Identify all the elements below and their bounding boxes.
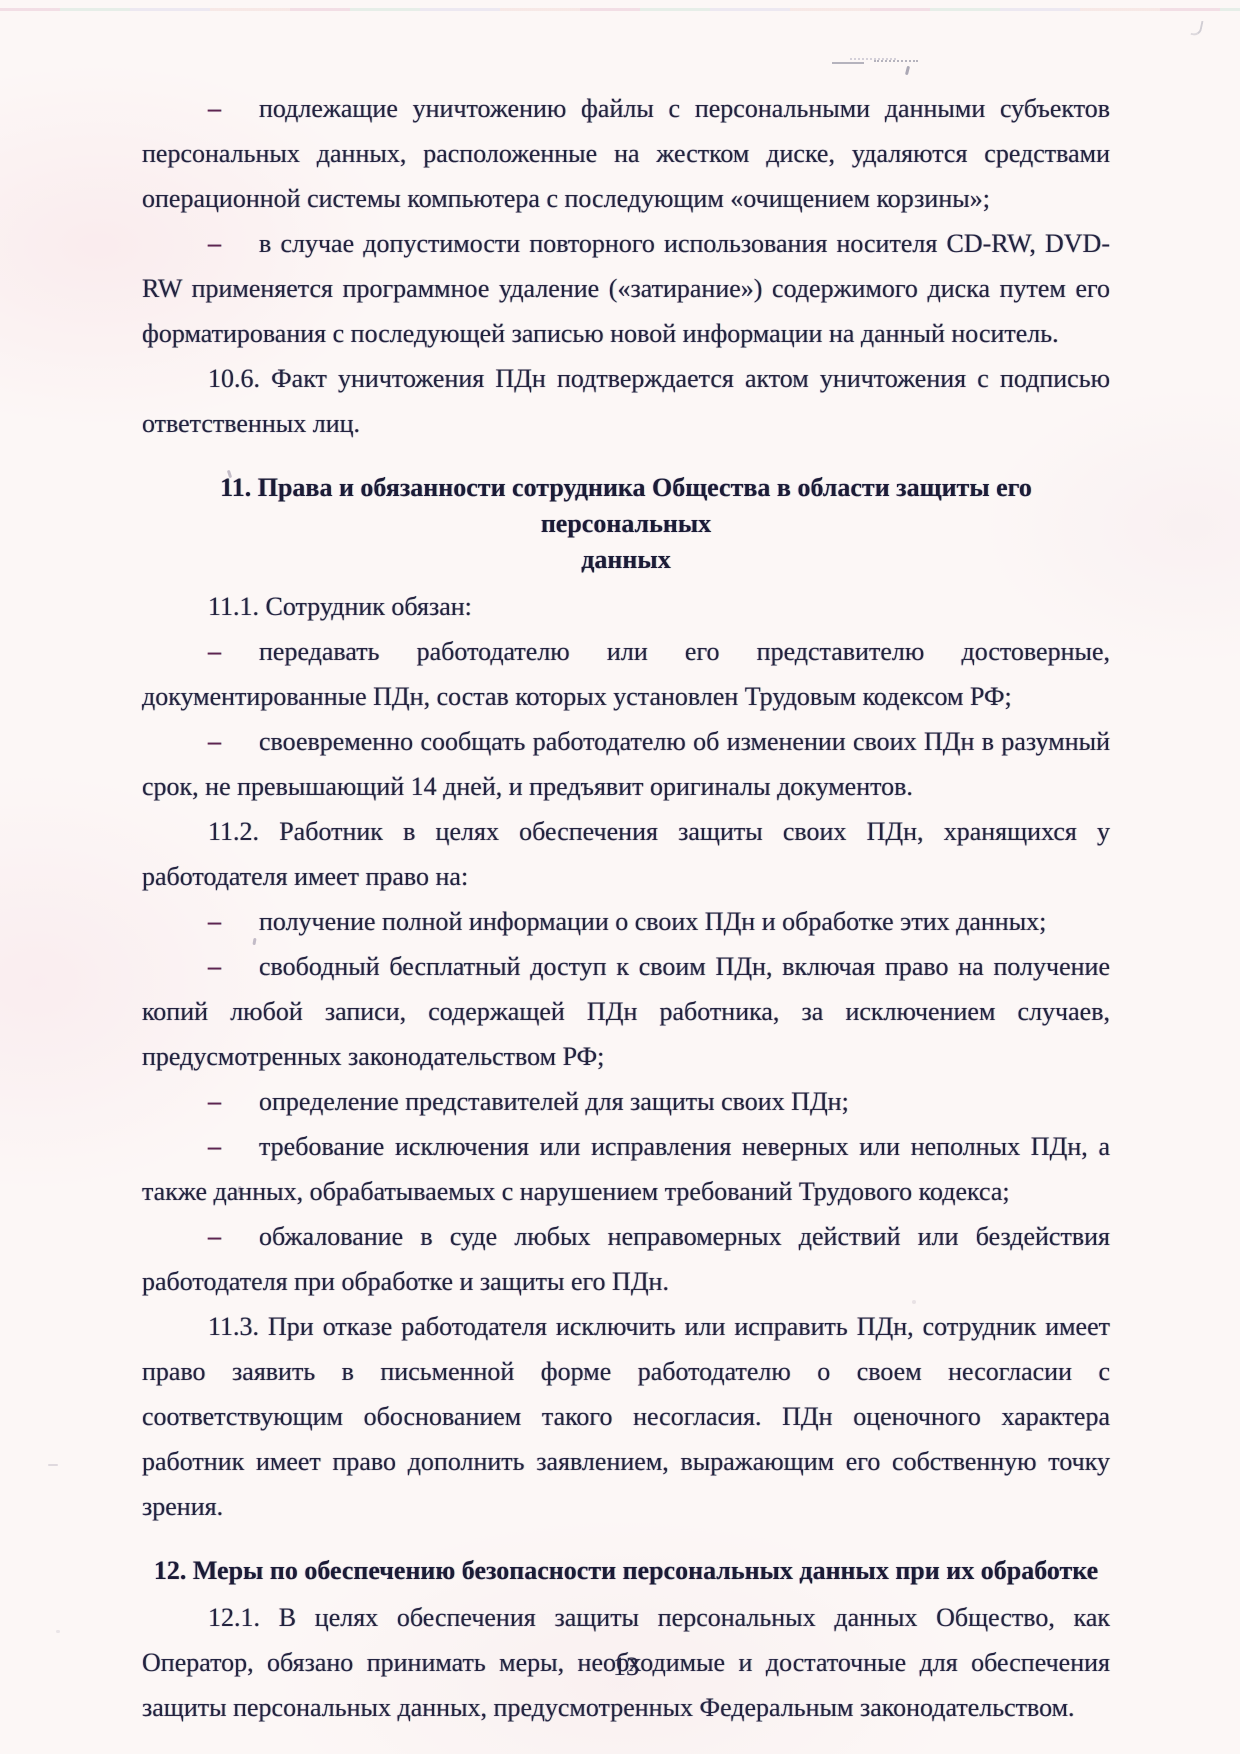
list-dash: – — [208, 637, 221, 666]
list-dash: – — [208, 1222, 221, 1251]
document-body: –подлежащие уничтожению файлы с персонал… — [142, 86, 1110, 1730]
page-number: 13 — [142, 1652, 1110, 1682]
list-item-text: передавать работодателю или его представ… — [142, 637, 1110, 711]
list-item: –получение полной информации о своих ПДн… — [142, 899, 1110, 944]
list-item: –своевременно сообщать работодателю об и… — [142, 719, 1110, 809]
scan-artifact-smudge — [850, 58, 896, 60]
list-item: –подлежащие уничтожению файлы с персонал… — [142, 86, 1110, 221]
section-heading-line: 11. Права и обязанности сотрудника Общес… — [142, 470, 1110, 542]
list-item-text: определение представителей для защиты св… — [259, 1087, 849, 1116]
list-item-text: свободный бесплатный доступ к своим ПДн,… — [142, 952, 1110, 1071]
list-item: –передавать работодателю или его предста… — [142, 629, 1110, 719]
section-heading-line: 12. Меры по обеспечению безопасности пер… — [142, 1553, 1110, 1589]
list-item: –обжалование в суде любых неправомерных … — [142, 1214, 1110, 1304]
list-item: –в случае допустимости повторного исполь… — [142, 221, 1110, 356]
list-item-text: подлежащие уничтожению файлы с персональ… — [142, 94, 1110, 213]
scanned-document-page: –подлежащие уничтожению файлы с персонал… — [0, 0, 1240, 1754]
list-item: –определение представителей для защиты с… — [142, 1079, 1110, 1124]
scan-artifact-speck — [48, 1464, 58, 1466]
list-dash: – — [208, 727, 221, 756]
paragraph: 11.2. Работник в целях обеспечения защит… — [142, 809, 1110, 899]
section-heading: 11. Права и обязанности сотрудника Общес… — [142, 470, 1110, 578]
list-dash: – — [208, 229, 221, 258]
scan-artifact-squiggle — [1190, 19, 1203, 37]
section-heading: 12. Меры по обеспечению безопасности пер… — [142, 1553, 1110, 1589]
list-dash: – — [208, 952, 221, 981]
list-item-text: своевременно сообщать работодателю об из… — [142, 727, 1110, 801]
paragraph: 10.6. Факт уничтожения ПДн подтверждаетс… — [142, 356, 1110, 446]
list-dash: – — [208, 1087, 221, 1116]
paragraph: 11.1. Сотрудник обязан: — [142, 584, 1110, 629]
paragraph: 11.3. При отказе работодателя исключить … — [142, 1304, 1110, 1529]
scan-artifact-smudge — [832, 62, 864, 64]
list-item-text: получение полной информации о своих ПДн … — [259, 907, 1046, 936]
list-dash: – — [208, 94, 221, 123]
list-dash: – — [208, 907, 221, 936]
list-item-text: обжалование в суде любых неправомерных д… — [142, 1222, 1110, 1296]
scan-artifact-top-line — [0, 8, 1240, 11]
list-dash: – — [208, 1132, 221, 1161]
scan-artifact-comma-mark — [905, 66, 910, 75]
list-item: –свободный бесплатный доступ к своим ПДн… — [142, 944, 1110, 1079]
list-item: –требование исключения или исправления н… — [142, 1124, 1110, 1214]
scan-artifact-smudge — [874, 60, 918, 62]
list-item-text: в случае допустимости повторного использ… — [142, 229, 1110, 348]
list-item-text: требование исключения или исправления не… — [142, 1132, 1110, 1206]
scan-artifact-speck — [56, 1630, 60, 1633]
section-heading-line: данных — [142, 542, 1110, 578]
